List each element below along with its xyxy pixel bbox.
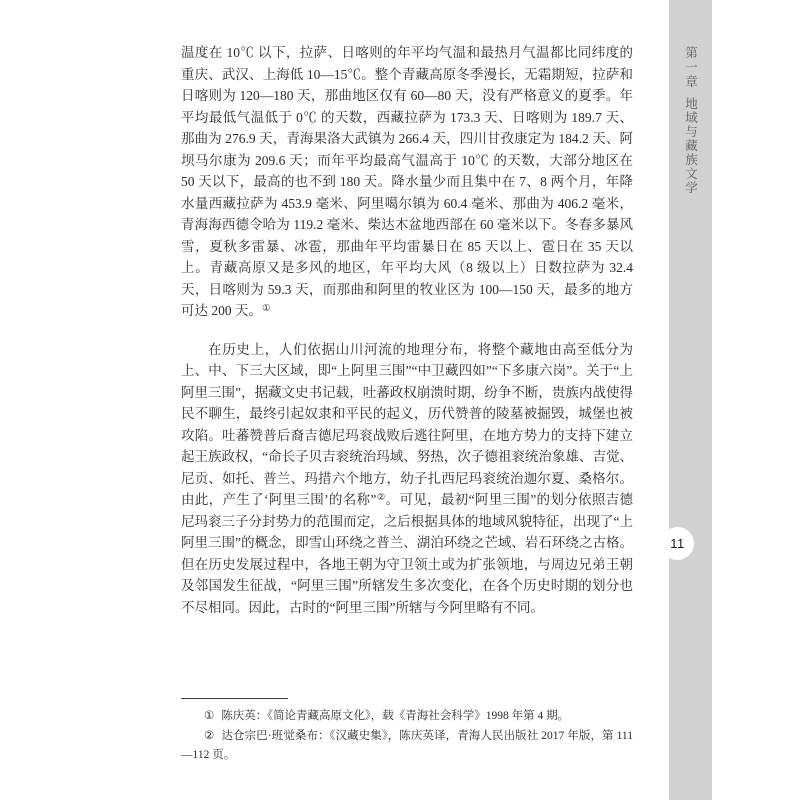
- page-number: 11: [670, 536, 685, 551]
- footnote-ref-1: ①: [262, 304, 271, 314]
- footnote-item-2: ②达仓宗巴·班觉桑布：《汉藏史集》，陈庆英译，青海人民出版社 2017 年版，第…: [181, 727, 633, 766]
- paragraph-ngari-history: 在历史上，人们依据山川河流的地理分布，将整个藏地由高至低分为上、中、下三大区域，…: [181, 339, 633, 619]
- paragraph-ngari-part1: 在历史上，人们依据山川河流的地理分布，将整个藏地由高至低分为上、中、下三大区域，…: [181, 342, 633, 508]
- footnote-marker-1: ①: [204, 710, 214, 722]
- chapter-title-vertical: 地域与藏族文学: [682, 97, 700, 195]
- footnote-item-1: ①陈庆英：《简论青藏高原文化》，载《青海社会科学》1998 年第 4 期。: [181, 707, 633, 727]
- chapter-number-vertical: 第一章: [682, 46, 700, 90]
- footnote-text-2: 达仓宗巴·班觉桑布：《汉藏史集》，陈庆英译，青海人民出版社 2017 年版，第 …: [181, 730, 633, 762]
- page-number-circle: 11: [661, 527, 694, 560]
- footnote-text-1: 陈庆英：《简论青藏高原文化》，载《青海社会科学》1998 年第 4 期。: [221, 710, 569, 722]
- paragraph-climate-text: 温度在 10℃ 以下，拉萨、日喀则的年平均气温和最热月气温都比同纬度的重庆、武汉…: [181, 45, 633, 318]
- footnote-marker-2: ②: [204, 730, 214, 742]
- footnote-divider: [181, 698, 288, 699]
- footnote-ref-2: ②: [376, 493, 385, 503]
- chapter-sidebar-strip: 第一章 地域与藏族文学: [669, 0, 712, 800]
- paragraph-climate: 温度在 10℃ 以下，拉萨、日喀则的年平均气温和最热月气温都比同纬度的重庆、武汉…: [181, 42, 633, 322]
- book-page: 温度在 10℃ 以下，拉萨、日喀则的年平均气温和最热月气温都比同纬度的重庆、武汉…: [0, 0, 800, 800]
- main-text-column: 温度在 10℃ 以下，拉萨、日喀则的年平均气温和最热月气温都比同纬度的重庆、武汉…: [181, 42, 633, 618]
- paragraph-ngari-part2: 。可见，最初“阿里三围”的划分依照吉德尼玛衮三子分封势力的范围而定，之后根据具体…: [181, 492, 633, 615]
- footnote-section: ①陈庆英：《简论青藏高原文化》，载《青海社会科学》1998 年第 4 期。 ②达…: [181, 698, 633, 766]
